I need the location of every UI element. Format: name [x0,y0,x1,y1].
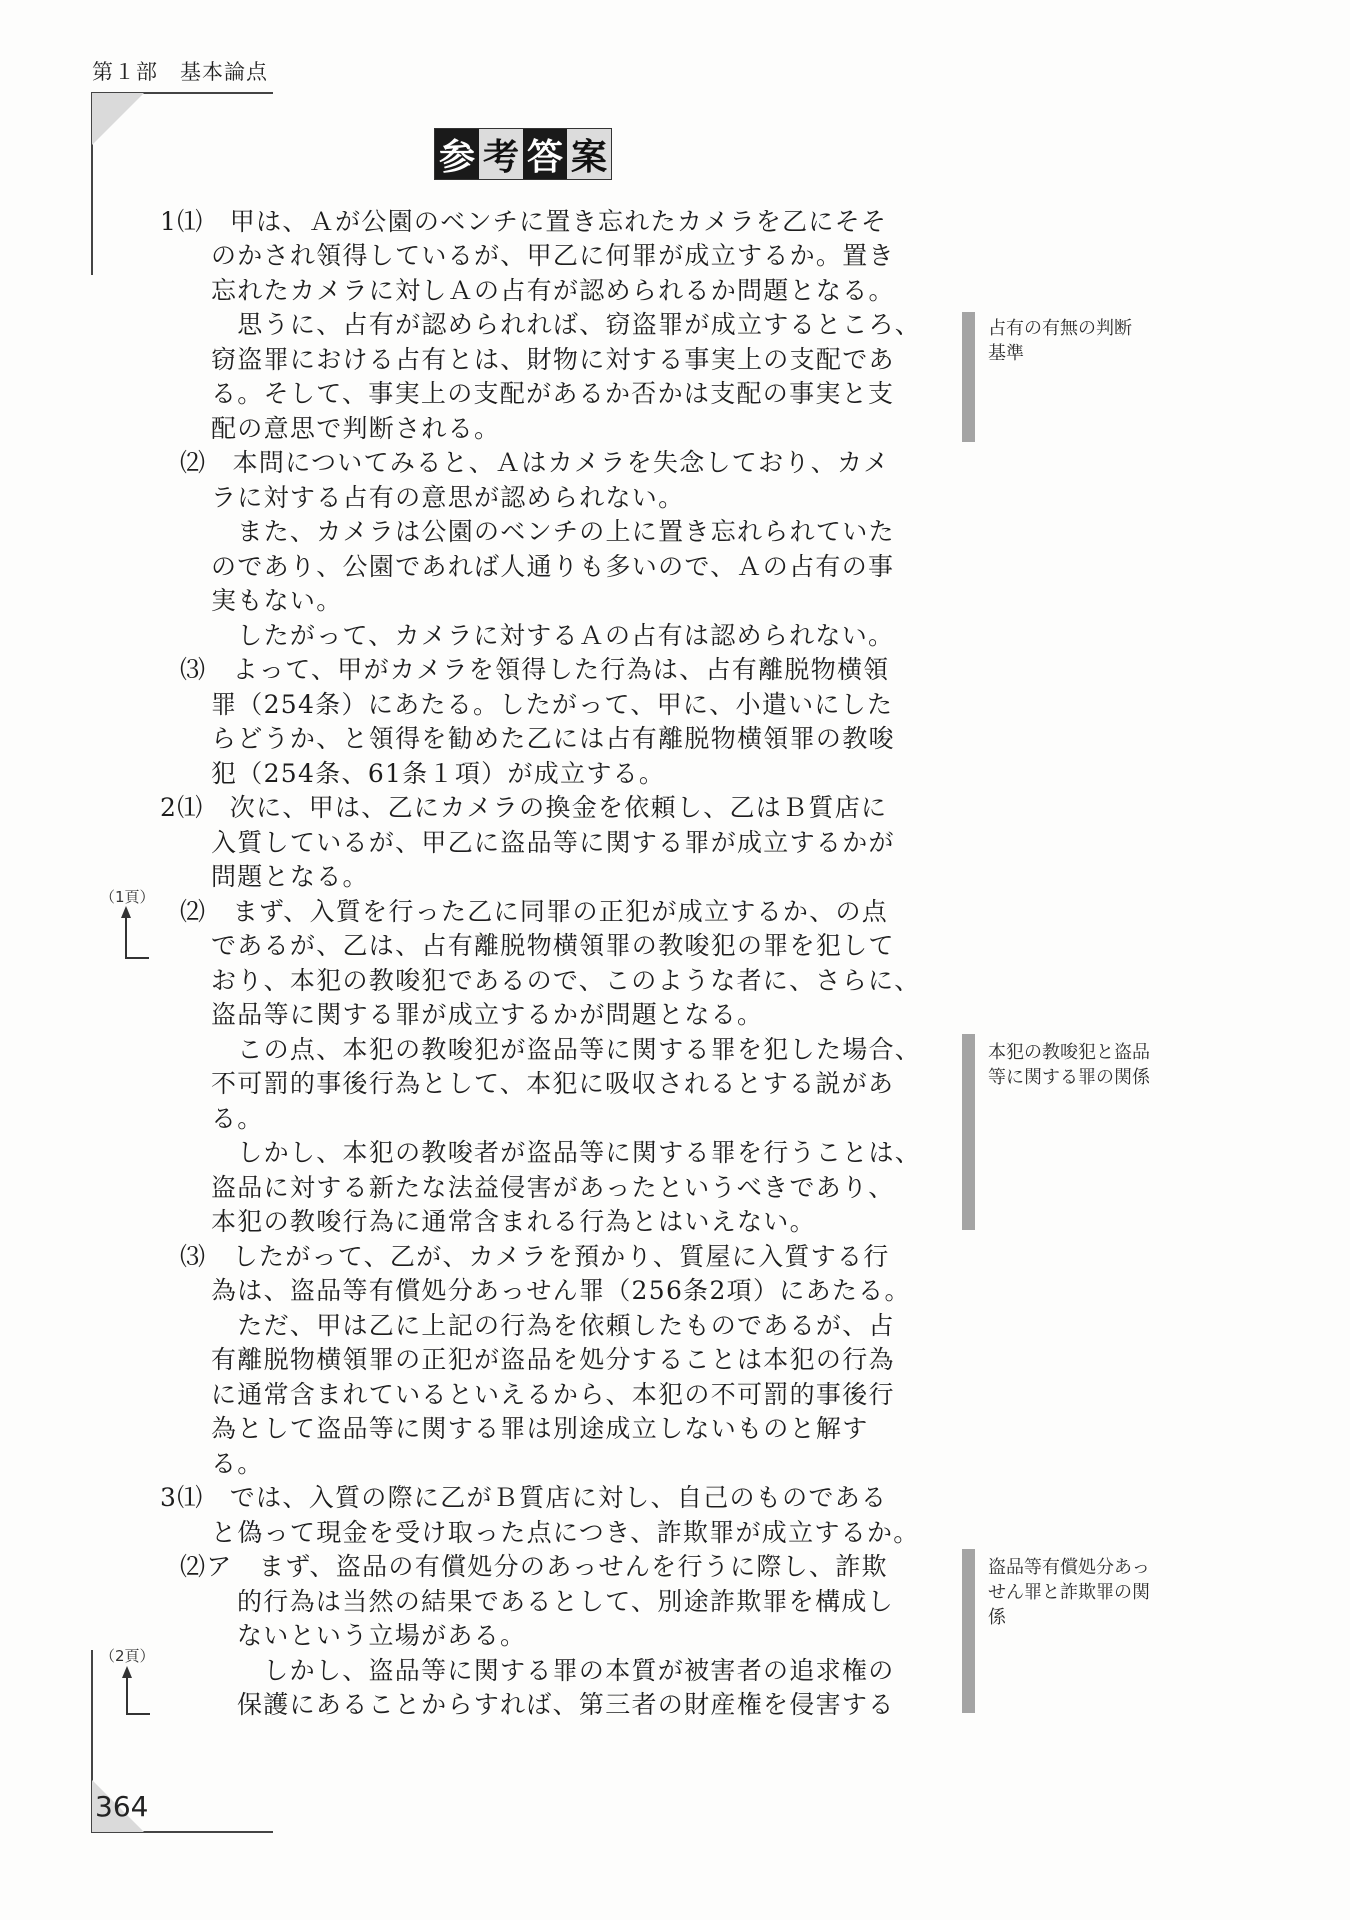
body-line: 盗品に対する新たな法益侵害があったというべきであり、 [211,1171,895,1205]
body-line: 忘れたカメラに対しＡの占有が認められるか問題となる。 [211,274,895,308]
body-line: ただ、甲は乙に上記の行為を依頼したものであるが、占 [211,1309,895,1343]
corner-triangle-top [92,93,144,145]
body-line: ⑵ まず、入質を行った乙に同罪の正犯が成立するか、の点 [180,895,888,929]
running-header: 第１部 基本論点 [92,56,268,86]
body-line: のであり、公園であれば人通りも多いので、Ａの占有の事 [211,550,894,584]
arrow-stem [126,1675,128,1715]
body-line: る。 [211,1102,264,1136]
arrow-stem [125,915,127,958]
body-line: 犯（254条、61条１項）が成立する。 [211,757,665,791]
arrow-foot [125,957,149,959]
body-line: したがって、カメラに対するＡの占有は認められない。 [211,619,894,653]
body-line: ⑵ア まず、盗品の有償処分のあっせんを行うに際し、詐欺 [180,1550,888,1584]
body-line: また、カメラは公園のベンチの上に置き忘れられていた [211,515,895,549]
header-part: 第１部 [92,60,158,84]
body-line: に通常含まれているといえるから、本犯の不可罰的事後行 [211,1378,895,1412]
page-ref-1: （1頁） [100,886,155,907]
body-line: と偽って現金を受け取った点につき、詐欺罪が成立するか。 [211,1516,920,1550]
title-char: 答 [523,129,567,179]
margin-bar [962,1034,975,1230]
body-line: 不可罰的事後行為として、本犯に吸収されるとする説があ [211,1067,894,1101]
body-line: 1⑴ 甲は、Ａが公園のベンチに置き忘れたカメラを乙にそそ [160,205,887,239]
margin-note-possession: 占有の有無の判断 基準 [988,316,1173,366]
body-line: ⑶ よって、甲がカメラを領得した行為は、占有離脱物横領 [180,653,890,687]
page-title: 参 考 答 案 [434,128,612,180]
body-line: 配の意思で判断される。 [211,412,500,446]
title-char: 参 [435,129,479,179]
body-line: 罪（254条）にあたる。したがって、甲に、小遣いにした [211,688,893,722]
body-line: 3⑴ では、入質の際に乙がＢ質店に対し、自己のものである [160,1481,887,1515]
body-line: 為は、盗品等有償処分あっせん罪（256条2項）にあたる。 [211,1274,911,1308]
margin-bar [962,1549,975,1713]
body-line: らどうか、と領得を勧めた乙には占有離脱物横領罪の教唆 [211,722,895,756]
body-line: 問題となる。 [211,860,369,894]
body-line: 入質しているが、甲乙に盗品等に関する罪が成立するかが [211,826,895,860]
body-line: 実もない。 [211,584,343,618]
body-line: 本犯の教唆行為に通常含まれる行為とはいえない。 [211,1205,816,1239]
body-line: しかし、盗品等に関する罪の本質が被害者の追求権の [237,1654,895,1688]
body-line: ラに対する占有の意思が認められない。 [211,481,684,515]
body-line: ⑶ したがって、乙が、カメラを預かり、質屋に入質する行 [180,1240,890,1274]
title-char: 案 [567,129,611,179]
body-line: ないという立場がある。 [237,1619,526,1653]
arrow-foot [126,1713,150,1715]
margin-note-instigator: 本犯の教唆犯と盗品 等に関する罪の関係 [988,1040,1173,1090]
body-line: 窃盗罪における占有とは、財物に対する事実上の支配であ [211,343,895,377]
body-line: る。そして、事実上の支配があるか否かは支配の事実と支 [211,377,894,411]
body-line: 的行為は当然の結果であるとして、別途詐欺罪を構成し [237,1585,894,1619]
body-line: のかされ領得しているが、甲乙に何罪が成立するか。置き [211,239,895,273]
header-section: 基本論点 [180,60,268,84]
page-number: 364 [95,1790,148,1823]
body-line: る。 [211,1447,264,1481]
body-line: この点、本犯の教唆犯が盗品等に関する罪を犯した場合、 [211,1033,921,1067]
margin-note-fraud: 盗品等有償処分あっ せん罪と詐欺罪の関 係 [988,1555,1173,1630]
body-line: 2⑴ 次に、甲は、乙にカメラの換金を依頼し、乙はＢ質店に [160,791,887,825]
body-line: 為として盗品等に関する罪は別途成立しないものと解す [211,1412,869,1446]
body-line: 保護にあることからすれば、第三者の財産権を侵害する [237,1688,895,1722]
body-line: であるが、乙は、占有離脱物横領罪の教唆犯の罪を犯して [211,929,895,963]
body-line: 有離脱物横領罪の正犯が盗品を処分することは本犯の行為 [211,1343,895,1377]
body-line: ⑵ 本問についてみると、Ａはカメラを失念しており、カメ [180,446,890,480]
margin-bar [962,312,975,442]
body-line: 思うに、占有が認められれば、窃盗罪が成立するところ、 [211,308,921,342]
body-line: 盗品等に関する罪が成立するかが問題となる。 [211,998,763,1032]
page-ref-2: （2頁） [100,1645,155,1666]
body-line: しかし、本犯の教唆者が盗品等に関する罪を行うことは、 [211,1136,921,1170]
body-line: おり、本犯の教唆犯であるので、このような者に、さらに、 [211,964,921,998]
title-char: 考 [479,129,523,179]
